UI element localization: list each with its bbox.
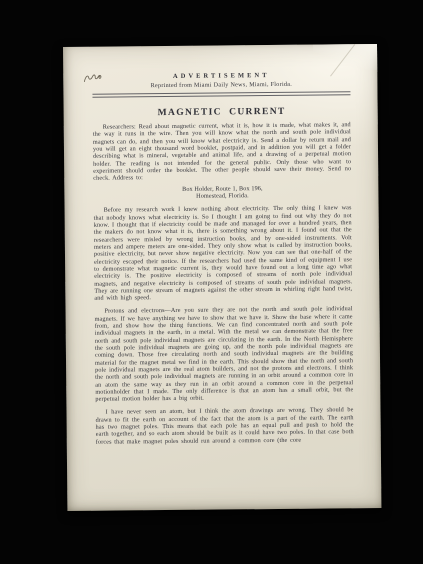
photo-scan-background: ADVERTISEMENT Reprinted from Miami Daily…	[0, 0, 423, 564]
mailing-address: Box Holder, Route 1, Box 196, Homestead,…	[93, 184, 351, 201]
paragraph-atom-drawings: I have never seen an atom, but I think t…	[95, 406, 353, 445]
address-line-2: Homestead, Florida.	[93, 191, 351, 201]
page-content: ADVERTISEMENT Reprinted from Miami Daily…	[63, 44, 381, 511]
pencil-scribble-icon	[82, 69, 105, 86]
header-divider-rule	[92, 91, 350, 97]
document-page: ADVERTISEMENT Reprinted from Miami Daily…	[63, 44, 381, 511]
paragraph-protons-electrons: Protons and electrons—Are you sure they …	[95, 305, 354, 403]
page-title: MAGNETIC CURRENT	[93, 106, 351, 118]
paragraph-researchers: Researchers: Read about magnetic current…	[93, 121, 352, 182]
paragraph-before-research: Before my research work I knew nothing a…	[94, 204, 353, 302]
advertisement-label: ADVERTISEMENT	[92, 71, 350, 80]
reprint-source-line: Reprinted from Miami Daily News, Miami, …	[92, 81, 350, 90]
